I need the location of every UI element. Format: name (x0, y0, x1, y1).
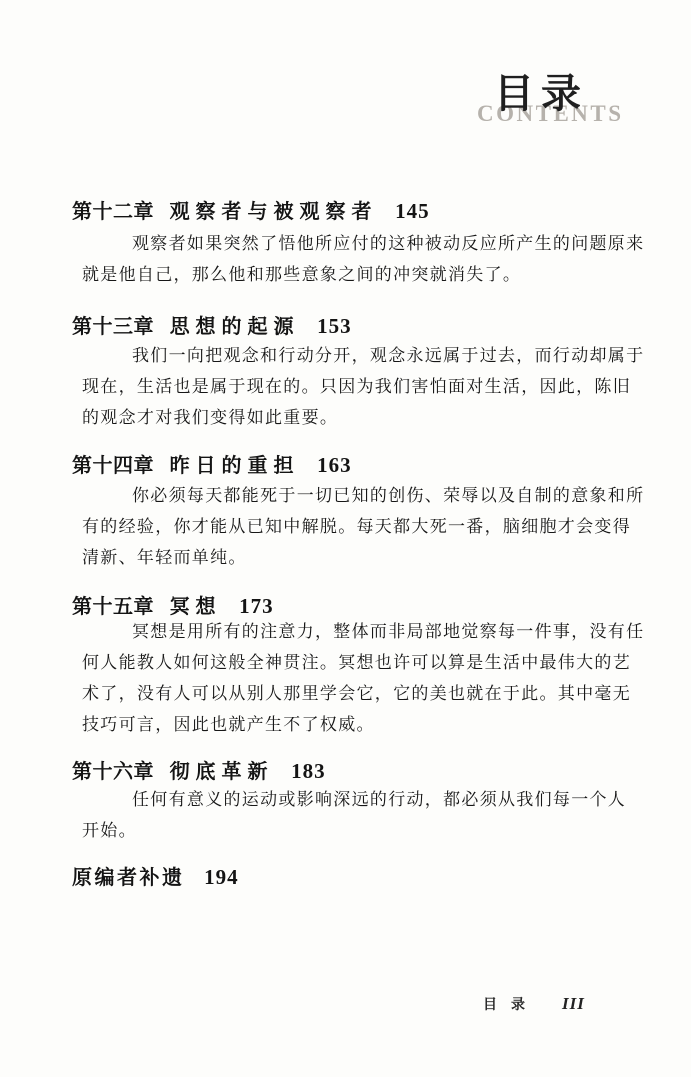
summary-line: 任何有意义的运动或影响深远的行动，都必须从我们每一个人 (132, 784, 632, 815)
summary-line: 你必须每天都能死于一切已知的创伤、荣辱以及自制的意象和所 (132, 480, 632, 511)
chapter-label: 第十四章 (72, 455, 154, 477)
footer-section-label: 目 录 (483, 996, 525, 1012)
chapter-page-number: 173 (239, 594, 274, 618)
chapter-heading: 第十四章 昨日的重担 163 (72, 453, 632, 478)
toc-entry-chapter-16: 第十六章 彻底革新 183 任何有意义的运动或影响深远的行动，都必须从我们每一个… (72, 759, 632, 784)
chapter-heading: 第十六章 彻底革新 183 (72, 759, 632, 784)
chapter-label: 第十二章 (72, 201, 154, 223)
footer-page-number: III (562, 994, 585, 1014)
chapter-title: 观察者与被观察者 (170, 201, 378, 223)
summary-line: 就是他自己，那么他和那些意象之间的冲突就消失了。 (82, 259, 632, 290)
chapter-title: 彻底革新 (170, 761, 274, 783)
toc-page: 目录 CONTENTS 第十二章 观察者与被观察者 145 观察者如果突然了悟他… (0, 0, 691, 1077)
chapter-summary: 冥想是用所有的注意力，整体而非局部地觉察每一件事，没有任 何人能教人如何这般全神… (82, 616, 632, 740)
summary-line: 术了，没有人可以从别人那里学会它，它的美也就在于此。其中毫无 (82, 678, 632, 709)
summary-line: 观察者如果突然了悟他所应付的这种被动反应所产生的问题原来 (132, 228, 632, 259)
chapter-page-number: 163 (317, 453, 352, 477)
summary-line: 的观念才对我们变得如此重要。 (82, 402, 632, 433)
chapter-page-number: 153 (317, 314, 352, 338)
chapter-label: 第十三章 (72, 316, 154, 338)
chapter-label: 第十六章 (72, 761, 154, 783)
chapter-summary: 任何有意义的运动或影响深远的行动，都必须从我们每一个人 开始。 (82, 784, 632, 846)
summary-line: 冥想是用所有的注意力，整体而非局部地觉察每一件事，没有任 (132, 616, 632, 647)
summary-line: 有的经验，你才能从已知中解脱。每天都大死一番，脑细胞才会变得 (82, 511, 632, 542)
summary-line: 现在，生活也是属于现在的。只因为我们害怕面对生活，因此，陈旧 (82, 371, 632, 402)
chapter-summary: 你必须每天都能死于一切已知的创伤、荣辱以及自制的意象和所 有的经验，你才能从已知… (82, 480, 632, 573)
summary-line: 清新、年轻而单纯。 (82, 542, 632, 573)
appendix-page-number: 194 (204, 865, 239, 889)
toc-entry-chapter-12: 第十二章 观察者与被观察者 145 观察者如果突然了悟他所应付的这种被动反应所产… (72, 199, 632, 224)
chapter-title: 昨日的重担 (170, 455, 300, 477)
summary-line: 技巧可言，因此也就产生不了权威。 (82, 709, 632, 740)
chapter-page-number: 183 (291, 759, 326, 783)
chapter-title: 思想的起源 (170, 316, 300, 338)
summary-line: 我们一向把观念和行动分开，观念永远属于过去，而行动却属于 (132, 340, 632, 371)
toc-entry-appendix: 原编者补遗 194 (72, 861, 239, 890)
toc-entry-chapter-14: 第十四章 昨日的重担 163 你必须每天都能死于一切已知的创伤、荣辱以及自制的意… (72, 453, 632, 478)
chapter-title: 冥想 (170, 596, 222, 618)
toc-entry-chapter-15: 第十五章 冥想 173 冥想是用所有的注意力，整体而非局部地觉察每一件事，没有任… (72, 594, 632, 619)
chapter-heading: 第十二章 观察者与被观察者 145 (72, 199, 632, 224)
page-title: 目录 (494, 72, 588, 116)
appendix-title: 原编者补遗 (72, 867, 185, 889)
summary-line: 开始。 (82, 815, 632, 846)
toc-entry-chapter-13: 第十三章 思想的起源 153 我们一向把观念和行动分开，观念永远属于过去，而行动… (72, 314, 632, 339)
summary-line: 何人能教人如何这般全神贯注。冥想也许可以算是生活中最伟大的艺 (82, 647, 632, 678)
chapter-page-number: 145 (395, 199, 430, 223)
chapter-summary: 我们一向把观念和行动分开，观念永远属于过去，而行动却属于 现在，生活也是属于现在… (82, 340, 632, 433)
chapter-label: 第十五章 (72, 596, 154, 618)
chapter-heading: 第十三章 思想的起源 153 (72, 314, 632, 339)
chapter-summary: 观察者如果突然了悟他所应付的这种被动反应所产生的问题原来 就是他自己，那么他和那… (82, 228, 632, 290)
